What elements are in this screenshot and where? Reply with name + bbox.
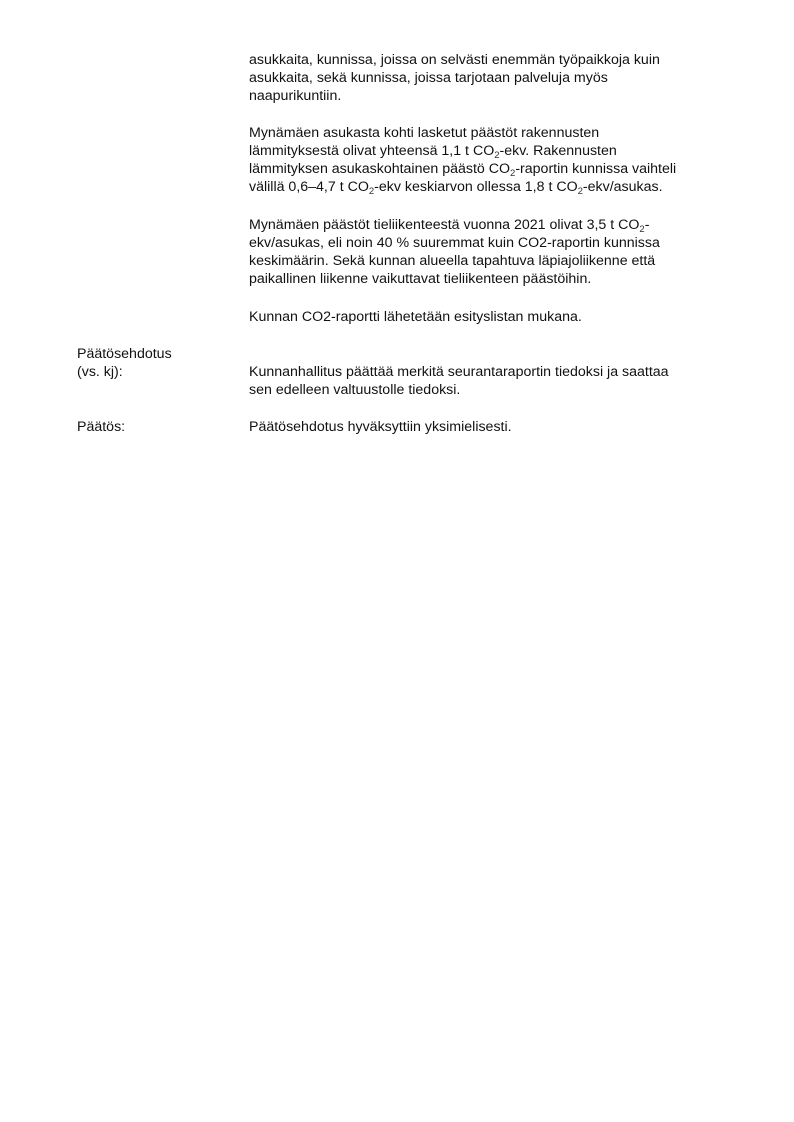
- text-line: Mynämäen asukasta kohti lasketut päästöt…: [249, 124, 729, 142]
- text-line: naapurikuntiin.: [249, 87, 729, 105]
- proposal-text: Kunnanhallitus päättää merkitä seurantar…: [249, 363, 729, 399]
- paragraph-intro-continuation: asukkaita, kunnissa, joissa on selvästi …: [249, 51, 729, 105]
- proposal-label: Päätösehdotus (vs. kj):: [77, 345, 172, 381]
- text-line: lämmityksestä olivat yhteensä 1,1 t CO2-…: [249, 142, 729, 160]
- text-line: Kunnan CO2-raportti lähetetään esityslis…: [249, 308, 729, 326]
- document-page: asukkaita, kunnissa, joissa on selvästi …: [0, 0, 794, 1122]
- text-line: sen edelleen valtuustolle tiedoksi.: [249, 381, 729, 399]
- text-line: lämmityksen asukaskohtainen päästö CO2-r…: [249, 160, 729, 178]
- text-line: välillä 0,6–4,7 t CO2-ekv keskiarvon oll…: [249, 178, 729, 196]
- text-line: Kunnanhallitus päättää merkitä seurantar…: [249, 363, 729, 381]
- text-line: asukkaita, kunnissa, joissa on selvästi …: [249, 51, 729, 69]
- decision-text: Päätösehdotus hyväksyttiin yksimielisest…: [249, 418, 729, 436]
- decision-label: Päätös:: [77, 418, 125, 436]
- text-line: asukkaita, sekä kunnissa, joissa tarjota…: [249, 69, 729, 87]
- paragraph-building-heating-emissions: Mynämäen asukasta kohti lasketut päästöt…: [249, 124, 729, 196]
- text-line: keskimäärin. Sekä kunnan alueella tapaht…: [249, 252, 729, 270]
- text-line: Mynämäen päästöt tieliikenteestä vuonna …: [249, 216, 729, 234]
- text-line: ekv/asukas, eli noin 40 % suuremmat kuin…: [249, 234, 729, 252]
- paragraph-road-traffic-emissions: Mynämäen päästöt tieliikenteestä vuonna …: [249, 216, 729, 288]
- paragraph-report-attachment: Kunnan CO2-raportti lähetetään esityslis…: [249, 308, 729, 326]
- text-line: paikallinen liikenne vaikuttavat tieliik…: [249, 270, 729, 288]
